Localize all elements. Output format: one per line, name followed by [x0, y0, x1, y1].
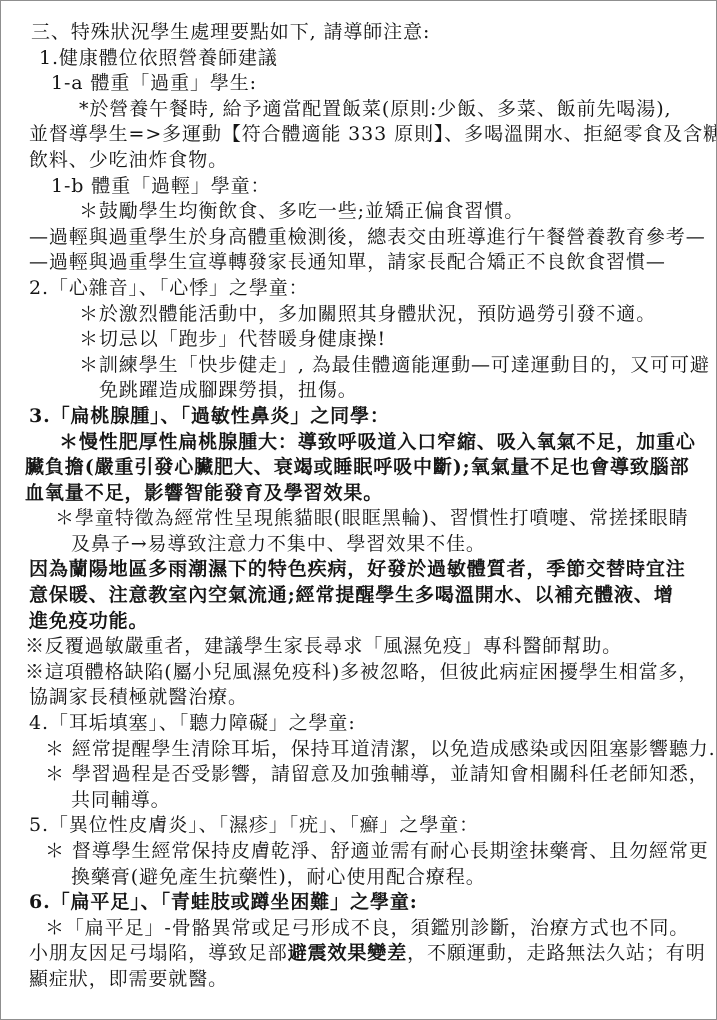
text-run: 2.「心雜音」、「心悸」之學童：	[29, 277, 309, 299]
text-run: ＊「扁平足」-骨骼異常或足弓形成不良，須鑑別診斷，治療方式也不同。	[45, 917, 689, 939]
text-line: 1-b 體重「過輕」學童：	[1, 174, 716, 200]
text-line: —過輕與過重學生於身高體重檢測後，總表交由班導進行午餐營養教育參考—	[1, 225, 716, 251]
text-run: 6.「扁平足」、「青蛙肢或蹲坐困難」之學童:	[29, 891, 418, 913]
text-line: ＊訓練學生「快步健走」, 為最佳體適能運動—可達運動目的，又可可避	[1, 353, 716, 379]
text-line: ＊ 督導學生經常保持皮膚乾淨、舒適並需有耐心長期塗抹藥膏、且勿經常更	[1, 839, 716, 865]
text-run: 小朋友因足弓塌陷，導致足部	[29, 942, 288, 964]
text-line: 6.「扁平足」、「青蛙肢或蹲坐困難」之學童:	[1, 890, 716, 916]
text-line: 3.「扁桃腺腫」、「過敏性鼻炎」之同學：	[1, 404, 716, 430]
text-line: 免跳躍造成腳踝勞損，扭傷。	[1, 378, 716, 404]
text-run: ＊ 經常提醒學生清除耳垢，保持耳道清潔，以免造成感染或因阻塞影響聽力.	[45, 738, 716, 760]
text-run: ※反覆過敏嚴重者，建議學生家長尋求「風濕免疫」專科醫師幫助。	[25, 635, 622, 657]
text-line: ＊ 學習過程是否受影響，請留意及加強輔導，並請知會相關科任老師知悉，	[1, 762, 716, 788]
text-run: 避震效果變差	[288, 942, 407, 964]
text-line: 並督導學生=>多運動【符合體適能 333 原則】、多喝溫開水、拒絕零食及含糖	[1, 122, 716, 148]
text-run: 因為蘭陽地區多雨潮濕下的特色疾病，好發於過敏體質者，季節交替時宜注	[29, 558, 686, 580]
text-run: 4.「耳垢填塞」、「聽力障礙」之學童:	[29, 712, 356, 734]
text-line: ＊於激烈體能活動中，多加關照其身體狀況，預防過勞引發不適。	[1, 302, 716, 328]
text-run: 協調家長積極就醫治療。	[29, 686, 248, 708]
text-run: 飲料、少吃油炸食物。	[29, 149, 228, 171]
text-line: 意保暖、注意教室內空氣流通;經常提醒學生多喝溫開水、以補充體液、增	[1, 583, 716, 609]
text-line: ＊慢性肥厚性扁桃腺腫大：導致呼吸道入口窄縮、吸入氧氣不足，加重心	[1, 430, 716, 456]
text-line: 及鼻子→易導致注意力不集中、學習效果不佳。	[1, 532, 716, 558]
text-run: 臟負擔(嚴重引發心臟肥大、衰竭或睡眠呼吸中斷);氧氣量不足也會導致腦部	[25, 456, 690, 478]
text-run: 換藥膏(避免產生抗藥性)，耐心使用配合療程。	[71, 866, 486, 888]
text-run: ＊ 督導學生經常保持皮膚乾淨、舒適並需有耐心長期塗抹藥膏、且勿經常更	[45, 840, 709, 862]
text-run: 三、特殊狀況學生處理要點如下, 請導師注意:	[31, 21, 430, 43]
text-run: 並督導學生=>多運動【符合體適能 333 原則】、多喝溫開水、拒絕零食及含糖	[29, 123, 717, 145]
text-line: 4.「耳垢填塞」、「聽力障礙」之學童:	[1, 711, 716, 737]
text-run: 免跳躍造成腳踝勞損，扭傷。	[99, 379, 358, 401]
text-run: ＊於激烈體能活動中，多加關照其身體狀況，預防過勞引發不適。	[79, 303, 656, 325]
text-run: 5.「異位性皮膚炎」、「濕疹」「疣」、「癬」之學童：	[29, 814, 479, 836]
text-run: —過輕與過重學生於身高體重檢測後，總表交由班導進行午餐營養教育參考—	[29, 226, 706, 248]
text-line: 2.「心雜音」、「心悸」之學童：	[1, 276, 716, 302]
text-run: ＊鼓勵學生均衡飲食、多吃一些;並矯正偏食習慣。	[79, 200, 524, 222]
text-run: 3.「扁桃腺腫」、「過敏性鼻炎」之同學：	[29, 405, 390, 427]
text-run: 進免疫功能。	[29, 610, 148, 632]
text-line: —過輕與過重學生宣導轉發家長通知單，請家長配合矯正不良飲食習慣—	[1, 250, 716, 276]
text-line: ＊鼓勵學生均衡飲食、多吃一些;並矯正偏食習慣。	[1, 199, 716, 225]
text-line: 協調家長積極就醫治療。	[1, 685, 716, 711]
text-line: ＊學童特徵為經常性呈現熊貓眼(眼眶黑輪)、習慣性打噴嚏、常搓揉眼睛	[1, 506, 716, 532]
text-run: 顯症狀，即需要就醫。	[29, 968, 228, 990]
text-line: 5.「異位性皮膚炎」、「濕疹」「疣」、「癬」之學童：	[1, 813, 716, 839]
text-line: 1-a 體重「過重」學生:	[1, 71, 716, 97]
text-line: 小朋友因足弓塌陷，導致足部避震效果變差，不願運動，走路無法久站；有明	[1, 941, 716, 967]
text-run: ＊慢性肥厚性扁桃腺腫大：導致呼吸道入口窄縮、吸入氧氣不足，加重心	[59, 431, 696, 453]
text-run: ※這項體格缺陷(屬小兒風濕免疫科)多被忽略，但彼此病症困擾學生相當多，	[25, 661, 698, 683]
text-line: ※這項體格缺陷(屬小兒風濕免疫科)多被忽略，但彼此病症困擾學生相當多，	[1, 660, 716, 686]
text-line: ※反覆過敏嚴重者，建議學生家長尋求「風濕免疫」專科醫師幫助。	[1, 634, 716, 660]
text-run: ，不願運動，走路無法久站；有明	[407, 942, 706, 964]
text-line: 共同輔導。	[1, 788, 716, 814]
text-run: ＊切忌以「跑步」代替暖身健康操!	[79, 328, 386, 350]
text-line: 進免疫功能。	[1, 609, 716, 635]
text-line: *於營養午餐時, 給予適當配置飯菜(原則:少飯、多菜、飯前先喝湯),	[1, 97, 716, 123]
text-line: 飲料、少吃油炸食物。	[1, 148, 716, 174]
text-run: 1.健康體位依照營養師建議	[39, 47, 278, 69]
text-line: ＊「扁平足」-骨骼異常或足弓形成不良，須鑑別診斷，治療方式也不同。	[1, 916, 716, 942]
text-run: 血氧量不足，影響智能發育及學習效果。	[25, 482, 383, 504]
text-run: 1-a 體重「過重」學生:	[51, 72, 257, 94]
text-line: ＊切忌以「跑步」代替暖身健康操!	[1, 327, 716, 353]
text-line: 換藥膏(避免產生抗藥性)，耐心使用配合療程。	[1, 865, 716, 891]
text-line: 顯症狀，即需要就醫。	[1, 967, 716, 993]
text-line: 三、特殊狀況學生處理要點如下, 請導師注意:	[1, 20, 716, 46]
text-run: 共同輔導。	[71, 789, 171, 811]
text-run: ＊ 學習過程是否受影響，請留意及加強輔導，並請知會相關科任老師知悉，	[45, 763, 709, 785]
document-body: 三、特殊狀況學生處理要點如下, 請導師注意:1.健康體位依照營養師建議1-a 體…	[1, 20, 716, 993]
text-line: ＊ 經常提醒學生清除耳垢，保持耳道清潔，以免造成感染或因阻塞影響聽力.	[1, 737, 716, 763]
text-run: 1-b 體重「過輕」學童：	[51, 175, 270, 197]
document-page: 三、特殊狀況學生處理要點如下, 請導師注意:1.健康體位依照營養師建議1-a 體…	[0, 0, 717, 1020]
text-run: ＊訓練學生「快步健走」, 為最佳體適能運動—可達運動目的，又可可避	[79, 354, 710, 376]
text-line: 1.健康體位依照營養師建議	[1, 46, 716, 72]
text-line: 臟負擔(嚴重引發心臟肥大、衰竭或睡眠呼吸中斷);氧氣量不足也會導致腦部	[1, 455, 716, 481]
text-run: —過輕與過重學生宣導轉發家長通知單，請家長配合矯正不良飲食習慣—	[29, 251, 666, 273]
text-run: 及鼻子→易導致注意力不集中、學習效果不佳。	[71, 533, 486, 555]
text-line: 血氧量不足，影響智能發育及學習效果。	[1, 481, 716, 507]
text-line: 因為蘭陽地區多雨潮濕下的特色疾病，好發於過敏體質者，季節交替時宜注	[1, 557, 716, 583]
text-run: ＊學童特徵為經常性呈現熊貓眼(眼眶黑輪)、習慣性打噴嚏、常搓揉眼睛	[55, 507, 689, 529]
text-run: 意保暖、注意教室內空氣流通;經常提醒學生多喝溫開水、以補充體液、增	[29, 584, 674, 606]
text-run: *於營養午餐時, 給予適當配置飯菜(原則:少飯、多菜、飯前先喝湯),	[79, 98, 671, 120]
